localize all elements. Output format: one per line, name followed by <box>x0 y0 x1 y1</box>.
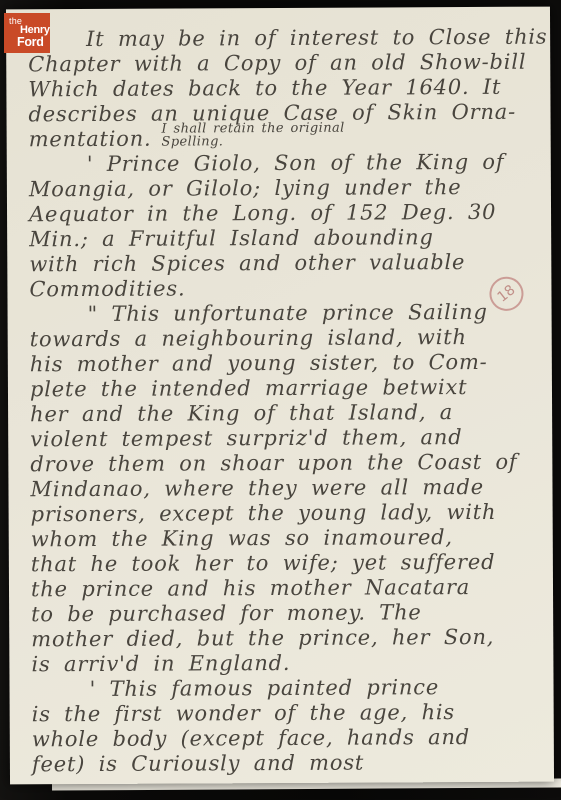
manuscript-line: the prince and his mother Nacatara <box>31 575 545 603</box>
manuscript-line: Chapter with a Copy of an old Show-bill <box>28 50 542 78</box>
manuscript-line: his mother and young sister, to Com- <box>30 350 544 378</box>
interline-insertion: I shall retain the originalSpelling. <box>161 122 344 149</box>
manuscript-line: Aequator in the Long. of 152 Deg. 30 <box>29 200 543 228</box>
manuscript-line: towards a neighbouring island, with <box>30 325 544 353</box>
manuscript-line: with rich Spices and other valuable <box>29 250 543 278</box>
manuscript-line: feet) is Curiously and most <box>32 750 546 778</box>
manuscript-line: It may be in of interest to Close this <box>28 25 542 53</box>
manuscript-line: mentation.I shall retain the originalSpe… <box>29 125 543 153</box>
manuscript-page: It may be in of interest to Close this C… <box>6 7 554 785</box>
manuscript-line: whom the King was so inamoured, <box>31 525 545 553</box>
manuscript-line: Commodities. <box>29 275 543 303</box>
henry-ford-logo: the Henry Ford <box>4 13 50 53</box>
manuscript-line: ' Prince Giolo, Son of the King of <box>29 150 543 178</box>
manuscript-line: Moangia, or Gilolo; lying under the <box>29 175 543 203</box>
manuscript-line: Which dates back to the Year 1640. It <box>28 75 542 103</box>
manuscript-line: to be purchased for money. The <box>31 600 545 628</box>
manuscript-line: is the first wonder of the age, his <box>32 700 546 728</box>
manuscript-line-text: mentation. <box>29 127 152 152</box>
manuscript-line: her and the King of that Island, a <box>30 400 544 428</box>
photo-background: It may be in of interest to Close this C… <box>0 0 561 800</box>
logo-text-ford: Ford <box>17 35 44 49</box>
manuscript-line: prisoners, except the young lady, with <box>31 500 545 528</box>
manuscript-line: mother died, but the prince, her Son, <box>31 625 545 653</box>
manuscript-line: " This unfortunate prince Sailing <box>30 300 544 328</box>
insertion-line: Spelling. <box>161 135 344 149</box>
manuscript-line: is arriv'd in England. <box>31 650 545 678</box>
manuscript-line: drove them on shoar upon the Coast of <box>30 450 544 478</box>
manuscript-line: plete the intended marriage betwixt <box>30 375 544 403</box>
manuscript-text: It may be in of interest to Close this C… <box>28 25 546 778</box>
manuscript-line: violent tempest surpriz'd them, and <box>30 425 544 453</box>
manuscript-line: that he took her to wife; yet suffered <box>31 550 545 578</box>
manuscript-line: Mindanao, where they were all made <box>30 475 544 503</box>
manuscript-line: whole body (except face, hands and <box>32 725 546 753</box>
manuscript-line: Min.; a Fruitful Island abounding <box>29 225 543 253</box>
manuscript-line: ' This famous painted prince <box>31 675 545 703</box>
